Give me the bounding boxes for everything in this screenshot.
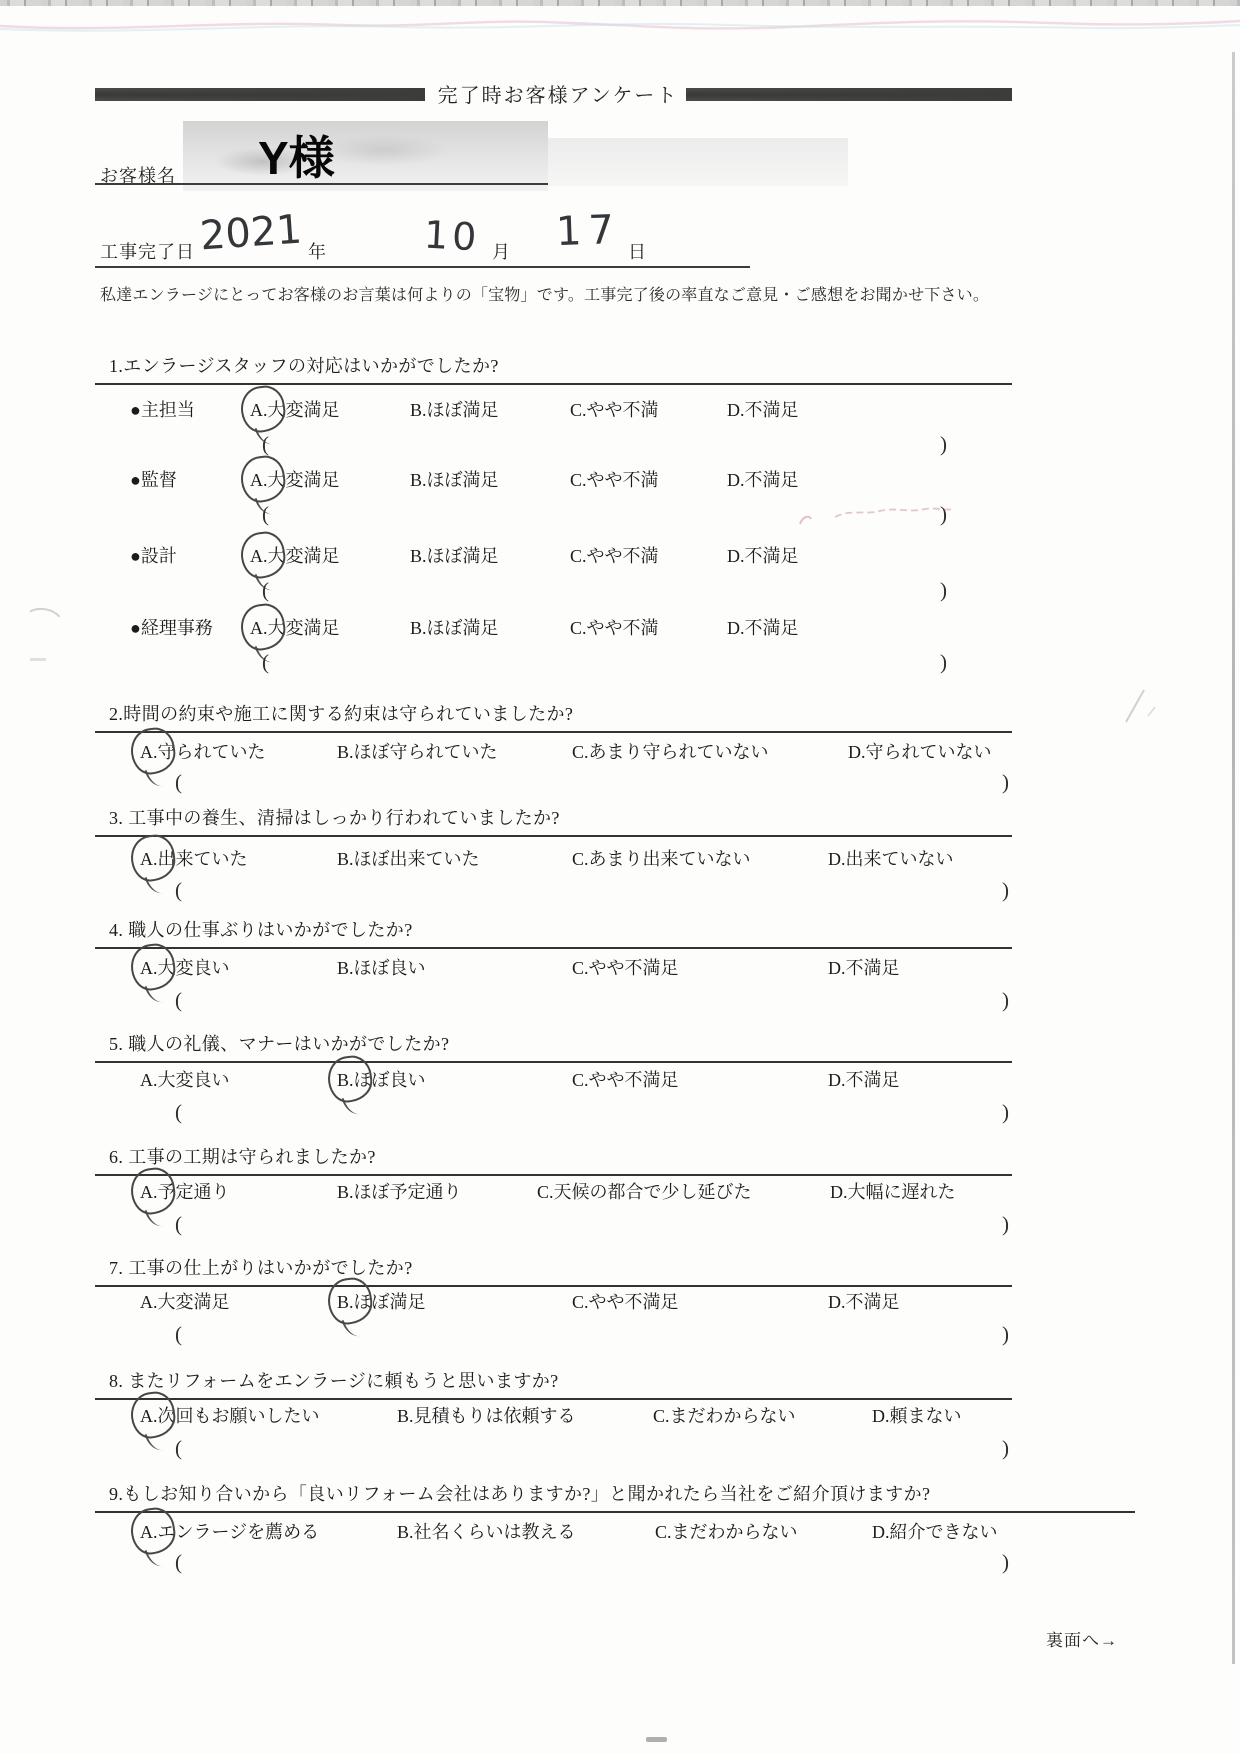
q9-option-c: C.まだわからない (655, 1518, 798, 1544)
q4-option-b: B.ほぼ良い (337, 954, 426, 980)
customer-name-underline (95, 183, 548, 185)
q4-title: 4. 職人の仕事ぶりはいかがでしたか? (95, 916, 1012, 949)
scan-edge-line (1232, 52, 1235, 1664)
month-unit: 月 (492, 238, 511, 264)
q1-row4-label: ●経理事務 (130, 614, 213, 640)
q9-option-d: D.紹介できない (872, 1518, 998, 1544)
scan-color-streaks (0, 6, 1240, 40)
day-unit: 日 (628, 238, 647, 264)
q2-title: 2.時間の約束や施工に関する約束は守られていましたか? (95, 700, 1012, 733)
open-paren: ( (175, 1550, 182, 1575)
close-paren: ) (1002, 988, 1009, 1013)
close-paren: ) (940, 432, 947, 457)
q8-option-b: B.見積もりは依頼する (397, 1402, 576, 1428)
q1-row3-option-a: A.大変満足 (250, 542, 340, 568)
q3-option-b: B.ほぼ出来ていた (337, 845, 480, 871)
q6-title: 6. 工事の工期は守られましたか? (95, 1143, 1012, 1176)
open-paren: ( (175, 878, 182, 903)
q5-option-d: D.不満足 (828, 1066, 900, 1092)
q1-row2-option-c: C.やや不満 (570, 466, 659, 492)
q4-option-d: D.不満足 (828, 954, 900, 980)
q3-option-d: D.出来ていない (828, 845, 954, 871)
q7-title: 7. 工事の仕上がりはいかがでしたか? (95, 1254, 1012, 1287)
open-paren: ( (175, 1100, 182, 1125)
q1-row4-option-b: B.ほぼ満足 (410, 614, 499, 640)
q9-option-a: A.エンラージを薦める (140, 1518, 319, 1544)
pencil-mark (1118, 686, 1162, 728)
open-paren: ( (262, 650, 269, 675)
close-paren: ) (1002, 1550, 1009, 1575)
q1-row2-option-b: B.ほぼ満足 (410, 466, 499, 492)
q2-option-b: B.ほぼ守られていた (337, 738, 498, 764)
q7-option-b: B.ほぼ満足 (337, 1288, 426, 1314)
q1-row3-option-b: B.ほぼ満足 (410, 542, 499, 568)
handwritten-year: 2021 (199, 207, 304, 260)
handwritten-month: 10 (423, 213, 482, 260)
q1-row1-label: ●主担当 (130, 396, 195, 422)
open-paren: ( (175, 1436, 182, 1461)
intro-text: 私達エンラージにとってお客様のお言葉は何よりの「宝物」です。工事完了後の率直なご… (100, 282, 1180, 305)
q2-option-d: D.守られていない (848, 738, 992, 764)
q5-option-c: C.やや不満足 (572, 1066, 679, 1092)
q8-title: 8. またリフォームをエンラージに頼もうと思いますか? (95, 1367, 1012, 1400)
close-paren: ) (1002, 878, 1009, 903)
q1-row2-label: ●監督 (130, 466, 177, 492)
year-unit: 年 (308, 238, 327, 264)
q8-option-d: D.頼まない (872, 1402, 962, 1428)
open-paren: ( (175, 988, 182, 1013)
open-paren: ( (262, 502, 269, 527)
q2-option-c: C.あまり守られていない (572, 738, 769, 764)
q3-title: 3. 工事中の養生、清掃はしっかり行われていましたか? (95, 804, 1012, 837)
header-bar-right (686, 88, 1012, 101)
q6-option-c: C.天候の都合で少し延びた (537, 1178, 752, 1204)
pink-pen-smudge (795, 502, 960, 530)
redaction-box (183, 121, 548, 191)
q6-option-b: B.ほぼ予定通り (337, 1178, 462, 1204)
q4-option-c: C.やや不満足 (572, 954, 679, 980)
close-paren: ) (940, 650, 947, 675)
q1-row3-option-c: C.やや不満 (570, 542, 659, 568)
close-paren: ) (1002, 1436, 1009, 1461)
close-paren: ) (940, 578, 947, 603)
scan-smudge-dash (30, 658, 46, 661)
customer-name-overlay: Y様 (258, 122, 335, 188)
q3-option-a: A.出来ていた (140, 845, 248, 871)
close-paren: ) (1002, 770, 1009, 795)
scan-bottom-mark (646, 1737, 667, 1742)
q1-row2-option-d: D.不満足 (727, 466, 799, 492)
open-paren: ( (262, 578, 269, 603)
q3-option-c: C.あまり出来ていない (572, 845, 751, 871)
q1-row1-option-d: D.不満足 (727, 396, 799, 422)
q7-option-a: A.大変満足 (140, 1288, 230, 1314)
handwritten-day: 17 (555, 207, 621, 255)
open-paren: ( (175, 1212, 182, 1237)
scanned-survey-page: 完了時お客様アンケート お客様名 Y様 工事完了日 2021 年 10 月 17… (0, 0, 1240, 1754)
q6-option-d: D.大幅に遅れた (830, 1178, 956, 1204)
q1-row1-option-a: A.大変満足 (250, 396, 340, 422)
redaction-box-faint (548, 138, 848, 186)
q1-row2-option-a: A.大変満足 (250, 466, 340, 492)
close-paren: ) (1002, 1212, 1009, 1237)
q8-option-a: A.次回もお願いしたい (140, 1402, 320, 1428)
q9-title: 9.もしお知り合いから「良いリフォーム会社はありますか?」と聞かれたら当社をご紹… (95, 1480, 1135, 1513)
close-paren: ) (940, 502, 947, 527)
document-title: 完了時お客様アンケート (428, 79, 688, 108)
q5-title: 5. 職人の礼儀、マナーはいかがでしたか? (95, 1030, 1012, 1063)
q1-row3-option-d: D.不満足 (727, 542, 799, 568)
q5-option-a: A.大変良い (140, 1066, 230, 1092)
q1-row4-option-c: C.やや不満 (570, 614, 659, 640)
q1-row4-option-a: A.大変満足 (250, 614, 340, 640)
q8-option-c: C.まだわからない (653, 1402, 796, 1428)
q9-option-b: B.社名くらいは教える (397, 1518, 576, 1544)
open-paren: ( (262, 432, 269, 457)
q5-option-b: B.ほぼ良い (337, 1066, 426, 1092)
q1-row1-option-b: B.ほぼ満足 (410, 396, 499, 422)
open-paren: ( (175, 770, 182, 795)
q1-row1-option-c: C.やや不満 (570, 396, 659, 422)
q1-title: 1.エンラージスタッフの対応はいかがでしたか? (95, 352, 1012, 385)
q2-option-a: A.守られていた (140, 738, 266, 764)
q7-option-c: C.やや不満足 (572, 1288, 679, 1314)
open-paren: ( (175, 1322, 182, 1347)
q4-option-a: A.大変良い (140, 954, 230, 980)
completion-date-label: 工事完了日 (100, 238, 195, 264)
close-paren: ) (1002, 1322, 1009, 1347)
q7-option-d: D.不満足 (828, 1288, 900, 1314)
back-side-note: 裏面へ→ (1046, 1626, 1118, 1651)
q1-row4-option-d: D.不満足 (727, 614, 799, 640)
date-underline (95, 266, 750, 268)
close-paren: ) (1002, 1100, 1009, 1125)
q6-option-a: A.予定通り (140, 1178, 230, 1204)
header-bar-left (95, 88, 425, 101)
q1-row3-label: ●設計 (130, 542, 177, 568)
scan-smudge-arc (20, 605, 67, 644)
